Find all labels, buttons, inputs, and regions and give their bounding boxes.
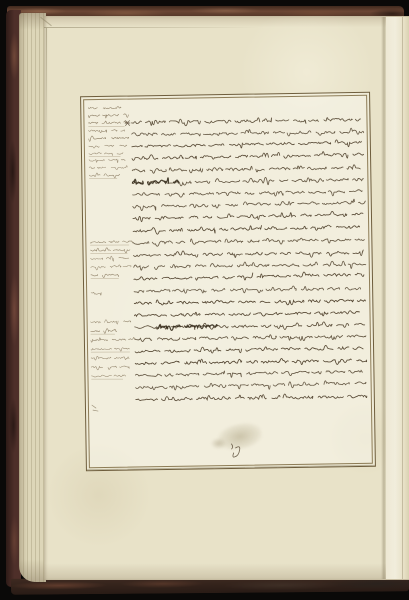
damp-stain-small bbox=[211, 438, 226, 449]
ruled-ink-frame bbox=[80, 92, 376, 472]
page-stack-edges bbox=[19, 13, 46, 582]
facing-page-curve bbox=[386, 17, 409, 579]
manuscript-photo: Photograph of an open early-modern bound… bbox=[0, 0, 409, 600]
ruled-ink-frame-inner bbox=[83, 95, 373, 468]
page-crease-horizontal bbox=[44, 27, 260, 28]
page-crease-vertical bbox=[46, 28, 47, 146]
facing-page-edge-line bbox=[402, 17, 403, 579]
